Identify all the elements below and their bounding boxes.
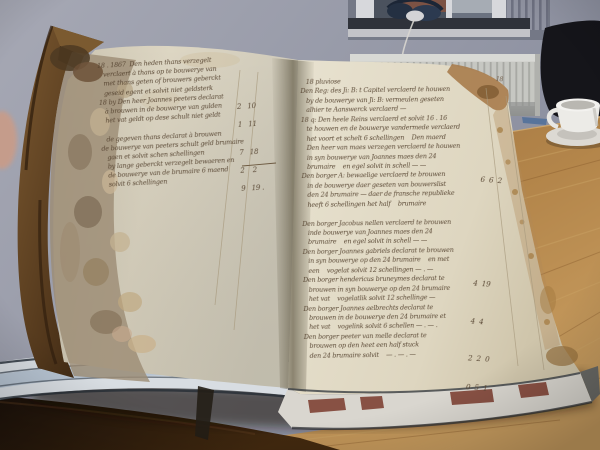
left-page-amount-column: 2 101 117 182 29 19 .: [234, 48, 287, 195]
right-page-number: 18: [496, 76, 504, 83]
photo-old-ledger-on-table: 18 . 1867 Den heden thans verzegelt verc…: [0, 0, 600, 450]
